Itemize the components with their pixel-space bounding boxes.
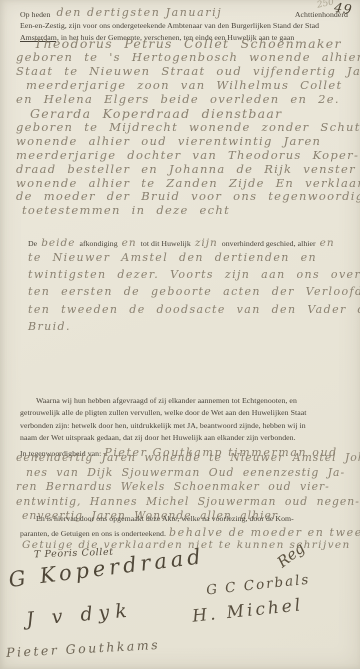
hw-line: wonende alhier oud vierentwintig Jaren xyxy=(16,135,352,149)
hw-line: Theodorus Petrus Collet Schoenmaker xyxy=(16,37,352,51)
printed-op-heden: Op heden xyxy=(20,10,51,19)
hw-line: toetestemmen in deze echt xyxy=(16,204,352,218)
printed-line: paranten, de Getuigen en ons is ondertee… xyxy=(20,529,166,538)
hw-line: en Helena Elgers beide overleden en 2e. xyxy=(16,93,352,107)
hw-line: ren Bernardus Wekels Schoenmaker oud vie… xyxy=(16,480,352,495)
hw-line: ten eersten de geboorte acten der Verloo… xyxy=(28,283,352,300)
hw-line: meerderjarige zoon van Wilhelmus Collet xyxy=(16,79,352,93)
opening-line-date: Op heden den dertigsten Januarij Achttie… xyxy=(20,7,348,20)
printed-achttienhonderd: Achttienhonderd xyxy=(295,10,348,19)
hw-line: entwintig, Hannes Michel Sjouwerman oud … xyxy=(16,495,352,510)
afkondiging-mixed-line: De beide afkondiging en tot dit Huwelijk… xyxy=(28,237,352,249)
afkondiging-paragraph: De beide afkondiging en tot dit Huwelijk… xyxy=(28,237,352,335)
printed-tot-dit-huwelijk: tot dit Huwelijk xyxy=(141,239,191,248)
handwritten-date: den dertigsten Januarij xyxy=(51,6,295,19)
signature-van-dijk: J v dyk xyxy=(25,599,133,630)
hw-line: de moeder der Bruid voor ons tegenwoordi… xyxy=(16,190,352,204)
hw-line: wonende alhier te Zanden Zijde En verkla… xyxy=(16,177,352,191)
declaration-paragraph: Waarna wij hun hebben afgevraagd of zij … xyxy=(20,395,347,459)
printed-line: En is hiervan door ons opgemaakt deze Ak… xyxy=(20,513,350,525)
hw-exception-note: behalve de moeder en tweede xyxy=(169,526,360,539)
hw-line: te Nieuwer Amstel den dertienden en xyxy=(28,249,352,266)
printed-line: Waarna wij hun hebben afgevraagd of zij … xyxy=(20,395,347,407)
hw-line: eenendertig Jaren wonende te Nieuwer Ams… xyxy=(16,451,352,466)
closing-mixed-line: paranten, de Getuigen en ons is ondertee… xyxy=(20,526,350,539)
printed-onverhinderd: onverhinderd geschied, alhier xyxy=(222,239,316,248)
printed-afkondiging: afkondiging xyxy=(79,239,117,248)
hw-line: ten tweeden de doodsacte van den Vader d… xyxy=(28,301,352,318)
signature-corbal: G C Corbals xyxy=(205,572,311,599)
hw-en-2: en xyxy=(320,237,335,249)
signature-michel: H. Michel xyxy=(191,595,304,627)
hw-line: draad besteller en Johanna de Rijk venst… xyxy=(16,163,352,177)
hw-line: meerderjarige dochter van Theodorus Kope… xyxy=(16,149,352,163)
hw-zijn: zijn xyxy=(195,237,218,249)
hw-line: geboren te 's Hertogenbosch wonende alhi… xyxy=(16,51,352,65)
hw-line: nes van Dijk Sjouwerman Oud eenenzestig … xyxy=(16,466,352,481)
marriage-certificate-scan: 250 49 Op heden den dertigsten Januarij … xyxy=(0,0,360,669)
hw-line: twintigsten dezer. Voorts zijn aan ons o… xyxy=(28,266,352,283)
hw-beide: beide xyxy=(41,237,75,249)
printed-line: verbonden zijn: hetwelk door hen, uitdru… xyxy=(20,420,347,432)
hw-line: Bruid. xyxy=(28,318,352,335)
comparanten-handwritten-block: Theodorus Petrus Collet Schoenmaker gebo… xyxy=(16,37,352,218)
opening-line-2: Een-en-Zestig, zijn voor ons ondergeteek… xyxy=(20,20,348,32)
hw-line: Staat te Nieuwen Straat oud vijfendertig… xyxy=(16,65,352,79)
hw-line: geboren te Mijdrecht wonende zonder Schu… xyxy=(16,121,352,135)
printed-line: getrouwelijk alle de pligten zullen verv… xyxy=(20,407,347,419)
printed-de: De xyxy=(28,239,37,248)
signature-goutkamp: Pieter Gouthkams xyxy=(6,637,161,660)
hw-line: Gerarda Koperdraad dienstbaar xyxy=(16,107,352,121)
hw-en: en xyxy=(122,237,137,249)
printed-line: naam der Wet uitspraak gedaan, dat zij d… xyxy=(20,432,347,444)
